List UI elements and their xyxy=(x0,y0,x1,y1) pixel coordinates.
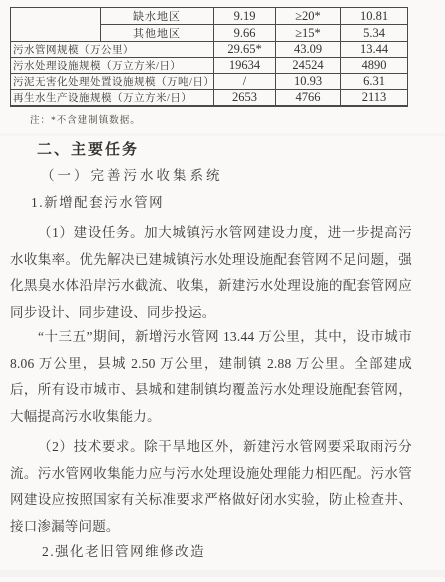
table-footnote: 注：*不含建制镇数据。 xyxy=(30,112,141,126)
table-cell-value: 9.19 xyxy=(214,8,276,25)
numbered-item-title-2: 2.强化老旧管网维修改造 xyxy=(42,539,205,565)
table-row: 缺水地区 9.19 ≥20* 10.81 xyxy=(11,8,408,25)
table-cell-value: 5.34 xyxy=(341,25,408,42)
statistics-table: 缺水地区 9.19 ≥20* 10.81 其他地区 9.66 ≥15* 5.34… xyxy=(10,7,408,107)
table-cell-value: ≥15* xyxy=(276,25,341,42)
table-cell-label: 缺水地区 xyxy=(101,8,214,25)
table-row: 污泥无害化处理处置设施规模（万吨/日） / 10.93 6.31 xyxy=(11,74,408,90)
table-cell-merged-empty xyxy=(11,8,101,42)
table-cell-value: 4766 xyxy=(276,90,341,107)
table-cell-value: 43.09 xyxy=(276,42,341,58)
table-cell-value: 4890 xyxy=(341,58,408,74)
table-cell-value: ≥20* xyxy=(276,8,341,25)
table-cell-value: 19634 xyxy=(214,58,276,74)
table-row: 污水管网规模（万公里） 29.65* 43.09 13.44 xyxy=(11,42,408,58)
table-cell-value: 2653 xyxy=(214,90,276,107)
scan-artifact-band xyxy=(0,133,445,136)
table-row: 污水处理设施规模（万立方米/日） 19634 24524 4890 xyxy=(11,58,408,74)
document-page: 缺水地区 9.19 ≥20* 10.81 其他地区 9.66 ≥15* 5.34… xyxy=(0,0,445,582)
table-cell-label: 再生水生产设施规模（万立方米/日） xyxy=(11,90,214,107)
paragraph-135-plan: “十三五”期间，新增污水管网 13.44 万公里，其中，设市城市 8.06 万公… xyxy=(10,324,412,430)
numbered-item-title-1: 1.新增配套污水管网 xyxy=(31,190,164,216)
table-cell-label: 其他地区 xyxy=(101,25,214,42)
scan-artifact-band xyxy=(0,570,445,577)
paragraph-technical-requirements: （2）技术要求。除干旱地区外，新建污水管网要采取雨污分流。污水管网收集能力应与污… xyxy=(10,434,412,540)
subsection-heading: （一）完善污水收集系统 xyxy=(41,163,223,189)
paragraph-construction-task: （1）建设任务。加大城镇污水管网建设力度，进一步提高污水收集率。优先解决已建城镇… xyxy=(10,220,412,326)
section-heading: 二、主要任务 xyxy=(37,137,139,163)
table-cell-value: 29.65* xyxy=(214,42,276,58)
table-cell-value: 9.66 xyxy=(214,25,276,42)
table-cell-value: 13.44 xyxy=(341,42,408,58)
table-cell-value: 6.31 xyxy=(341,74,408,90)
table-cell-value: 24524 xyxy=(276,58,341,74)
table-cell-label: 污泥无害化处理处置设施规模（万吨/日） xyxy=(11,74,214,90)
table-cell-label: 污水管网规模（万公里） xyxy=(11,42,214,58)
table-cell-label: 污水处理设施规模（万立方米/日） xyxy=(11,58,214,74)
table-cell-value: 2113 xyxy=(341,90,408,107)
table-cell-value: / xyxy=(214,74,276,90)
table-cell-value: 10.93 xyxy=(276,74,341,90)
table-cell-value: 10.81 xyxy=(341,8,408,25)
table-row: 再生水生产设施规模（万立方米/日） 2653 4766 2113 xyxy=(11,90,408,107)
